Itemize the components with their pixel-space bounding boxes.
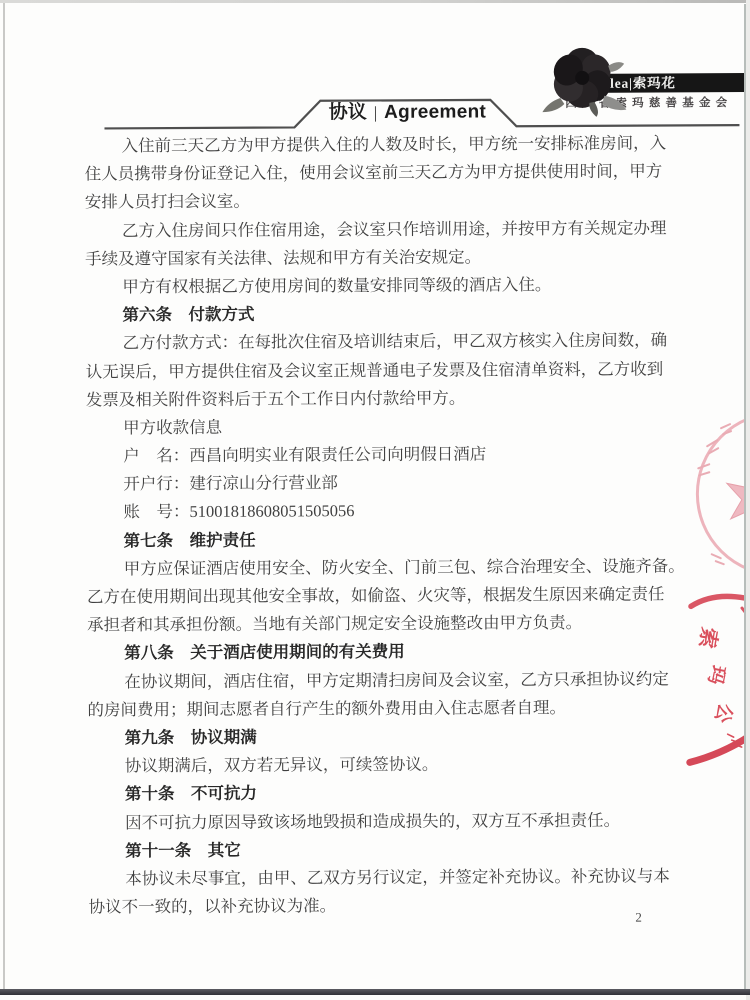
page-number: 2: [627, 910, 651, 926]
paragraph-line: 甲方有权根据乙方使用房间的数量安排同等级的酒店入住。: [85, 270, 695, 301]
paragraph-line: 协议不一致的，以补充协议为准。: [88, 890, 698, 921]
paragraph-line: 入住前三天乙方为甲方提供入住的人数及时长，甲方统一安排标准房间，入: [84, 129, 694, 160]
azalea-flower-icon: [534, 44, 632, 119]
account-number-line: 账 号：51001818608051505056: [86, 496, 696, 527]
section-heading-article11: 第十一条 其它: [88, 834, 698, 865]
section-heading-article10: 第十条 不可抗力: [88, 778, 698, 809]
scan-top-edge: [0, 0, 750, 3]
paragraph-line: 手续及遵守国家有关法律、法规和甲方有关治安规定。: [85, 242, 695, 273]
payee-info-title: 甲方收款信息: [86, 411, 696, 442]
page-title-en: Agreement: [384, 101, 486, 123]
paragraph-line: 因不可抗力原因导致该场地毁损和造成损失的，双方互不承担责任。: [88, 806, 698, 837]
bank-branch-line: 开户行：建行凉山分行营业部: [86, 468, 696, 499]
paragraph-line: 发票及相关附件资料后于五个工作日内付款给甲方。: [86, 383, 696, 414]
seal-character: 索: [695, 625, 722, 650]
page-title-zh: 协议: [329, 102, 367, 123]
title-divider: |: [374, 103, 378, 122]
paragraph-line: 乙方入住房间只作住宿用途，会议室只作培训用途，并按甲方有关规定办理: [85, 214, 695, 245]
section-heading-article8: 第八条 关于酒店使用期间的有关费用: [87, 637, 697, 668]
paragraph-line: 认无误后，甲方提供住宿及会议室正规普通电子发票及住宿清单资料，乙方收到: [86, 355, 696, 386]
paragraph-line: 承担者和其承担份额。当地有关部门规定安全设施整改由甲方负责。: [87, 609, 697, 640]
paragraph-line: 乙方付款方式：在每批次住宿及培训结束后，甲乙双方核实入住房间数，确: [86, 327, 696, 358]
seal-character: 公: [710, 701, 737, 727]
page-title: 协议|Agreement: [301, 99, 513, 126]
paragraph-line: 安排人员打扫会议室。: [85, 186, 695, 217]
scanned-agreement-page: 协议|Agreement Azalea|索玛花 四川省索玛慈善基金会: [0, 0, 750, 1000]
account-name-line: 户 名：西昌向明实业有限责任公司向明假日酒店: [86, 439, 696, 470]
agreement-body: 入住前三天乙方为甲方提供入住的人数及时长，甲方统一安排标准房间，入 住人员携带身…: [84, 129, 698, 921]
section-heading-article6: 第六条 付款方式: [85, 298, 695, 329]
page-content: 协议|Agreement Azalea|索玛花 四川省索玛慈善基金会: [0, 0, 750, 1000]
seal-character: 玛: [704, 663, 729, 686]
scan-right-margin: [746, 0, 750, 1000]
section-heading-article7: 第七条 维护责任: [87, 524, 697, 555]
scan-left-edge: [3, 3, 5, 989]
paragraph-line: 协议期满后，双方若无异议，可续签协议。: [88, 749, 698, 780]
paragraph-line: 本协议未尽事宜，由甲、乙双方另行议定，并签定补充协议。补充协议与本: [88, 862, 698, 893]
section-heading-article9: 第九条 协议期满: [88, 721, 698, 752]
paragraph-line: 乙方在使用期间出现其他安全事故，如偷盗、火灾等，根据发生原因来确定责任: [87, 580, 697, 611]
paragraph-line: 在协议期间，酒店住宿，甲方定期清扫房间及会议室，乙方只承担协议约定: [87, 665, 697, 696]
paragraph-line: 甲方应保证酒店使用安全、防火安全、门前三包、综合治理安全、设施齐备。: [87, 552, 697, 583]
scan-bottom-edge: [0, 989, 750, 995]
paragraph-line: 的房间费用；期间志愿者自行产生的额外费用由入住志愿者自理。: [87, 693, 697, 724]
paragraph-line: 住人员携带身份证登记入住，使用会议室前三天乙方为甲方提供使用时间，甲方: [85, 158, 695, 189]
